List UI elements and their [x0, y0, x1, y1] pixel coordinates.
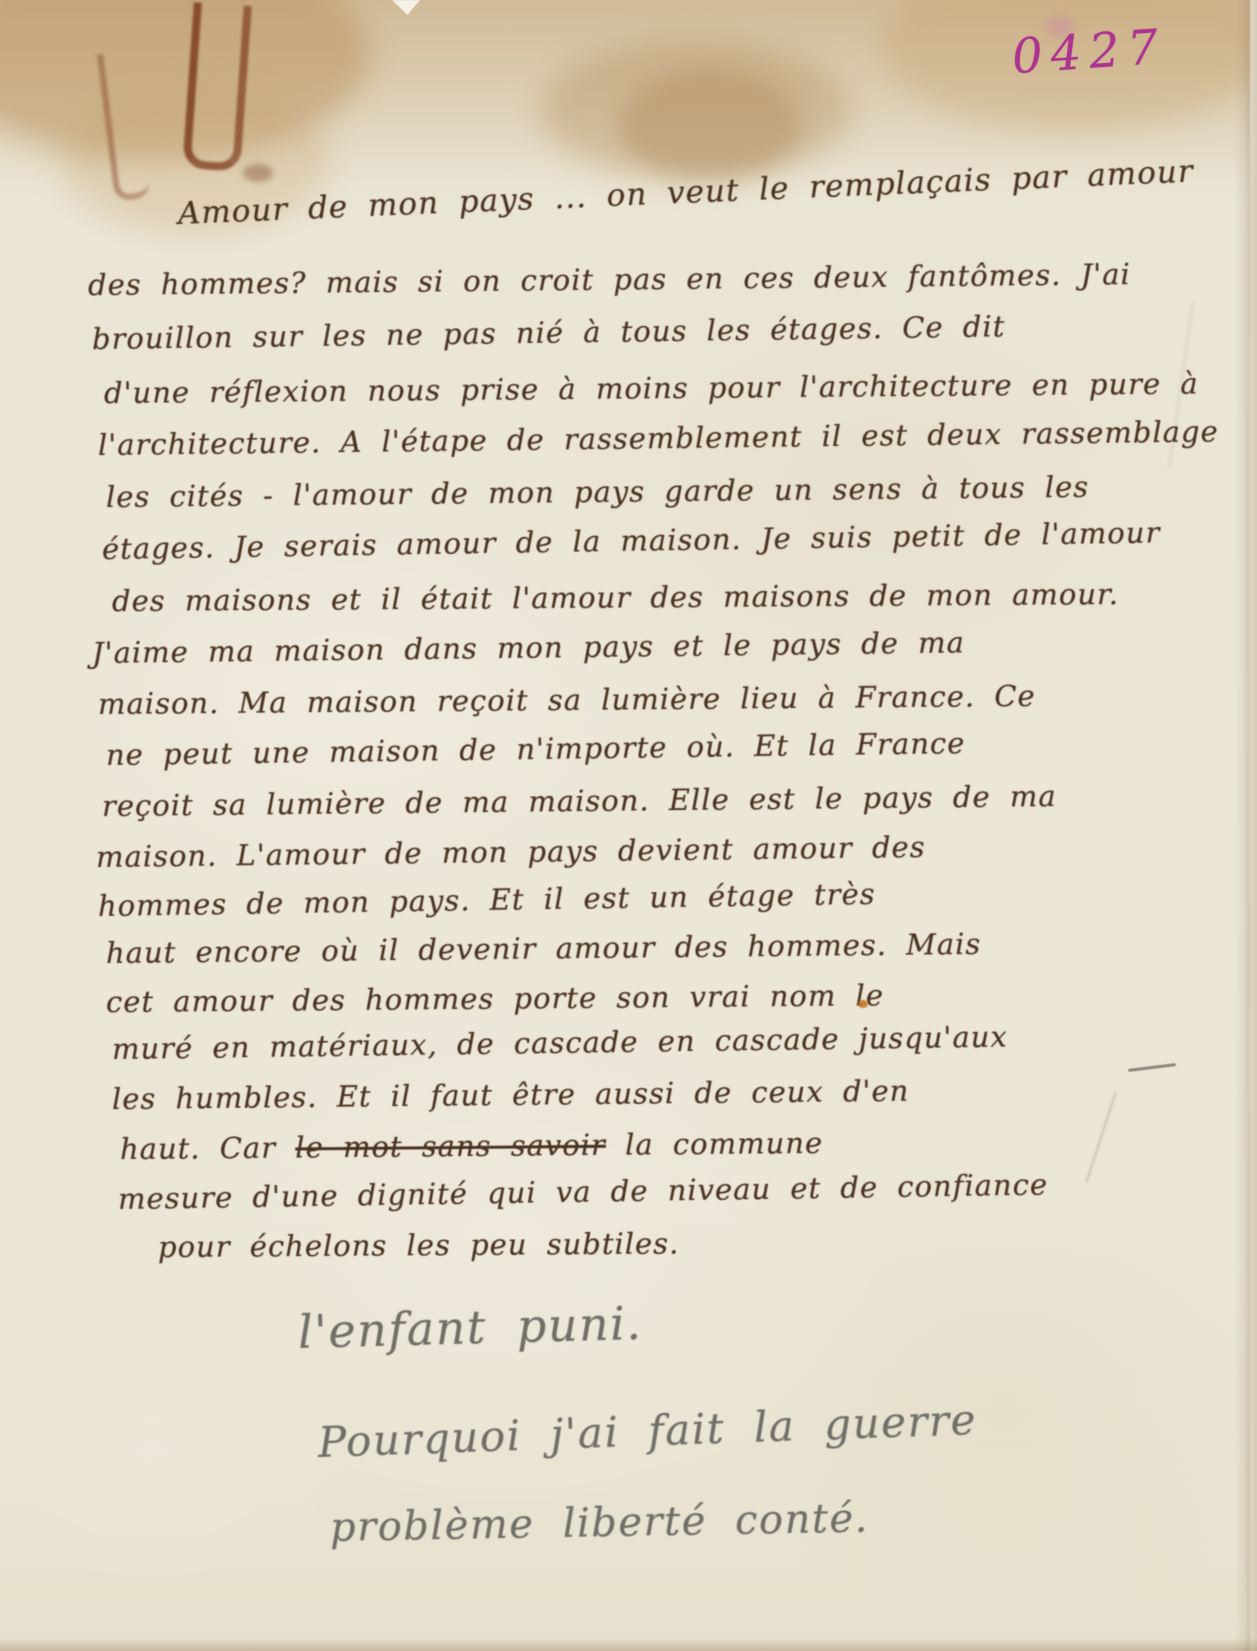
manuscript-line: Amour de mon pays ... on veut le remplaç…	[177, 153, 1194, 232]
manuscript-line: d'une réflexion nous prise à moins pour …	[104, 366, 1199, 410]
manuscript-line: mesure d'une dignité qui va de niveau et…	[118, 1167, 1049, 1216]
pencil-note-line: Pourquoi j'ai fait la guerre	[317, 1395, 978, 1467]
page-edge-tab	[1247, 905, 1257, 1005]
stain-blotch	[620, 70, 800, 180]
manuscript-line: des hommes? mais si on croit pas en ces …	[88, 257, 1131, 302]
orange-ink-speck	[858, 1000, 868, 1008]
pencil-note-line: l'enfant puni.	[297, 1296, 643, 1359]
manuscript-line: ne peut une maison de n'importe où. Et l…	[106, 726, 966, 772]
rust-stain-dot	[243, 164, 273, 182]
scanned-manuscript-page: 0427 Amour de mon pays ... on veut le re…	[0, 0, 1257, 1651]
page-edge-shadow-bottom	[0, 1638, 1257, 1651]
paper-crease	[1085, 1092, 1116, 1183]
pencil-dash-mark	[1128, 1063, 1176, 1072]
manuscript-line: les cités - l'amour de mon pays garde un…	[106, 470, 1089, 514]
manuscript-line: muré en matériaux, de cascade en cascade…	[112, 1019, 1008, 1066]
page-edge-shadow-right	[1235, 0, 1257, 1651]
manuscript-line: étages. Je serais amour de la maison. Je…	[102, 515, 1161, 566]
manuscript-line: brouillon sur les ne pas nié à tous les …	[92, 309, 1006, 356]
manuscript-line: l'architecture. A l'étape de rassembleme…	[98, 414, 1219, 462]
manuscript-line-with-strikethrough: haut. Car le mot sans savoir la commune	[120, 1126, 823, 1166]
manuscript-line: des maisons et il était l'amour des mais…	[112, 577, 1119, 618]
page-number-stamp: 0427	[1010, 19, 1168, 86]
manuscript-line: maison. Ma maison reçoit sa lumière lieu…	[98, 679, 1036, 721]
rust-paperclip-stain	[97, 50, 151, 201]
manuscript-text: la commune	[606, 1126, 824, 1162]
manuscript-line: pour échelons les peu subtiles.	[158, 1226, 680, 1264]
rust-paperclip-stain	[182, 2, 251, 172]
manuscript-line: haut encore où il devenir amour des homm…	[106, 927, 982, 970]
paper-tear-notch	[392, 0, 420, 15]
stain-blotch	[540, 40, 850, 180]
manuscript-line: reçoit sa lumière de ma maison. Elle est…	[102, 779, 1057, 823]
manuscript-line: les humbles. Et il faut être aussi de ce…	[112, 1074, 910, 1116]
pencil-note-line: problème liberté conté.	[330, 1496, 870, 1551]
manuscript-line: J'aime ma maison dans mon pays et le pay…	[92, 625, 965, 670]
manuscript-line: cet amour des hommes porte son vrai nom …	[106, 978, 884, 1019]
paper-texture	[0, 0, 1257, 1651]
struck-through-text: le mot sans savoir	[295, 1128, 606, 1165]
manuscript-line: maison. L'amour de mon pays devient amou…	[96, 830, 926, 874]
manuscript-text: haut. Car	[120, 1130, 296, 1166]
manuscript-line: hommes de mon pays. Et il est un étage t…	[98, 877, 876, 923]
